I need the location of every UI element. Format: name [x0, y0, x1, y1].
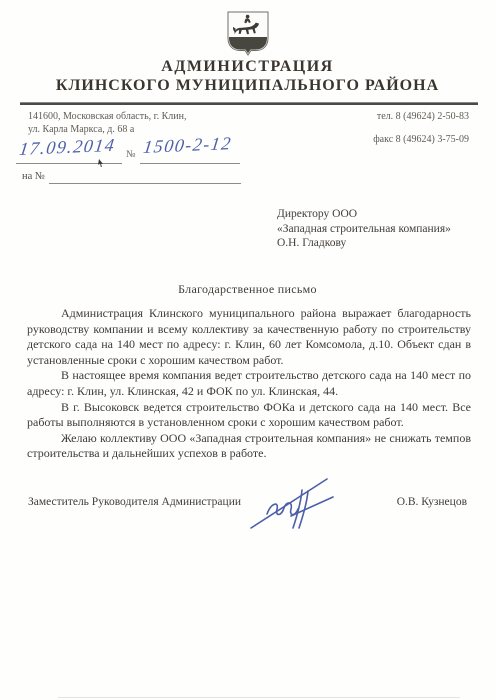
signer-position-title: Заместитель Руководителя Администрации [28, 496, 241, 508]
org-name-line2: КЛИНСКОГО МУНИЦИПАЛЬНОГО РАЙОНА [0, 77, 495, 95]
paragraph-4: Желаю коллективу ООО «Западная строитель… [27, 431, 471, 462]
scan-artifact-line [58, 697, 460, 698]
org-phone: тел. 8 (49624) 2-50-83 [377, 111, 469, 122]
paragraph-3: В г. Высоковск ведется строительство ФОК… [27, 400, 471, 431]
number-underline [140, 163, 240, 164]
letter-body: Администрация Клинского муниципального р… [27, 306, 471, 462]
letter-title: Благодарственное письмо [0, 282, 495, 297]
paragraph-1: Администрация Клинского муниципального р… [27, 306, 471, 368]
recipient-block: Директору ООО «Западная строительная ком… [277, 207, 451, 251]
org-address: 141600, Московская область, г. Клин, ул.… [28, 111, 187, 136]
handwritten-outgoing-number: 1500-2-12 [142, 133, 233, 158]
paragraph-2: В настоящее время компания ведет строите… [27, 368, 471, 399]
cursor-artifact-icon [98, 159, 104, 167]
org-name-line1: АДМИНИСТРАЦИЯ [0, 58, 495, 76]
org-address-line1: 141600, Московская область, г. Клин, [28, 111, 187, 124]
reply-underline [49, 183, 241, 184]
handwritten-signature-icon [247, 472, 343, 534]
recipient-line2: «Западная строительная компания» [277, 222, 451, 237]
klin-coat-of-arms-icon [226, 9, 270, 57]
handwritten-date: 17.09.2014 [18, 135, 117, 160]
org-fax: факс 8 (49624) 3-75-09 [373, 134, 469, 145]
number-sign: № [126, 149, 136, 160]
scanned-letter-page: АДМИНИСТРАЦИЯ КЛИНСКОГО МУНИЦИПАЛЬНОГО Р… [0, 0, 495, 700]
date-underline [16, 163, 122, 164]
recipient-line3: О.Н. Гладкову [277, 236, 451, 251]
recipient-line1: Директору ООО [277, 207, 451, 222]
signer-name: О.В. Кузнецов [397, 496, 467, 508]
reply-to-label: на № [22, 171, 45, 182]
letterhead-divider [20, 102, 478, 105]
